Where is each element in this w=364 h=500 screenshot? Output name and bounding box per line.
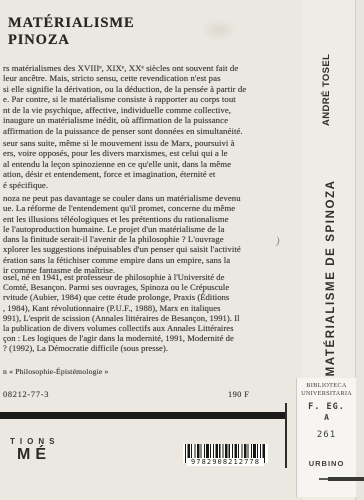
collection-line: n « Philosophie-Épistémologie » — [3, 367, 109, 376]
author-bio-paragraph: osel, né en 1941, est professeur de phil… — [3, 272, 306, 354]
isbn-number: 08212-77-3 — [3, 390, 49, 399]
publisher-logo-top: TIONS — [10, 437, 59, 446]
barcode-number: 9782908212778 — [187, 458, 264, 466]
title-line-2: PINOZA — [8, 32, 135, 49]
stamp-shelf-mark-2: A — [297, 413, 356, 422]
scan-smudge — [196, 16, 242, 44]
page-edge-shadow — [356, 0, 364, 500]
spine-author: ANDRÉ TOSEL — [321, 62, 334, 126]
vertical-fold-line — [285, 403, 287, 468]
price-label: 190 F — [228, 390, 249, 399]
stamp-number: 261 — [297, 430, 356, 440]
book-back-cover-scan: MATÉRIALISME PINOZA rs matérialismes des… — [0, 0, 364, 500]
blurb-paragraph-3: noza ne peut pas davantage se couler dan… — [3, 193, 306, 275]
book-title-cropped: MATÉRIALISME PINOZA — [8, 15, 135, 48]
stamp-library-name-2: UNIVERSITARIA — [297, 390, 356, 397]
library-stamp: BIBLIOTECA UNIVERSITARIA F. EG. A 261 UR… — [296, 378, 356, 497]
blurb-paragraph-1: rs matérialismes des XVIIIᵉ, XIXᵉ, XXᵉ s… — [3, 63, 306, 136]
title-line-1: MATÉRIALISME — [8, 15, 135, 32]
spine-title: DU MATÉRIALISME DE SPINOZA — [325, 161, 339, 401]
stamp-pen-mark-large — [328, 477, 364, 481]
blurb-paragraph-2: seur sans suite, même si le mouvement is… — [3, 138, 306, 190]
stamp-city: URBINO — [297, 459, 356, 468]
horizontal-rule — [0, 412, 287, 419]
publisher-logo-bottom: MÉ — [17, 446, 51, 464]
stamp-library-name-1: BIBLIOTECA — [297, 382, 356, 389]
stamp-shelf-mark-1: F. EG. — [297, 402, 356, 412]
